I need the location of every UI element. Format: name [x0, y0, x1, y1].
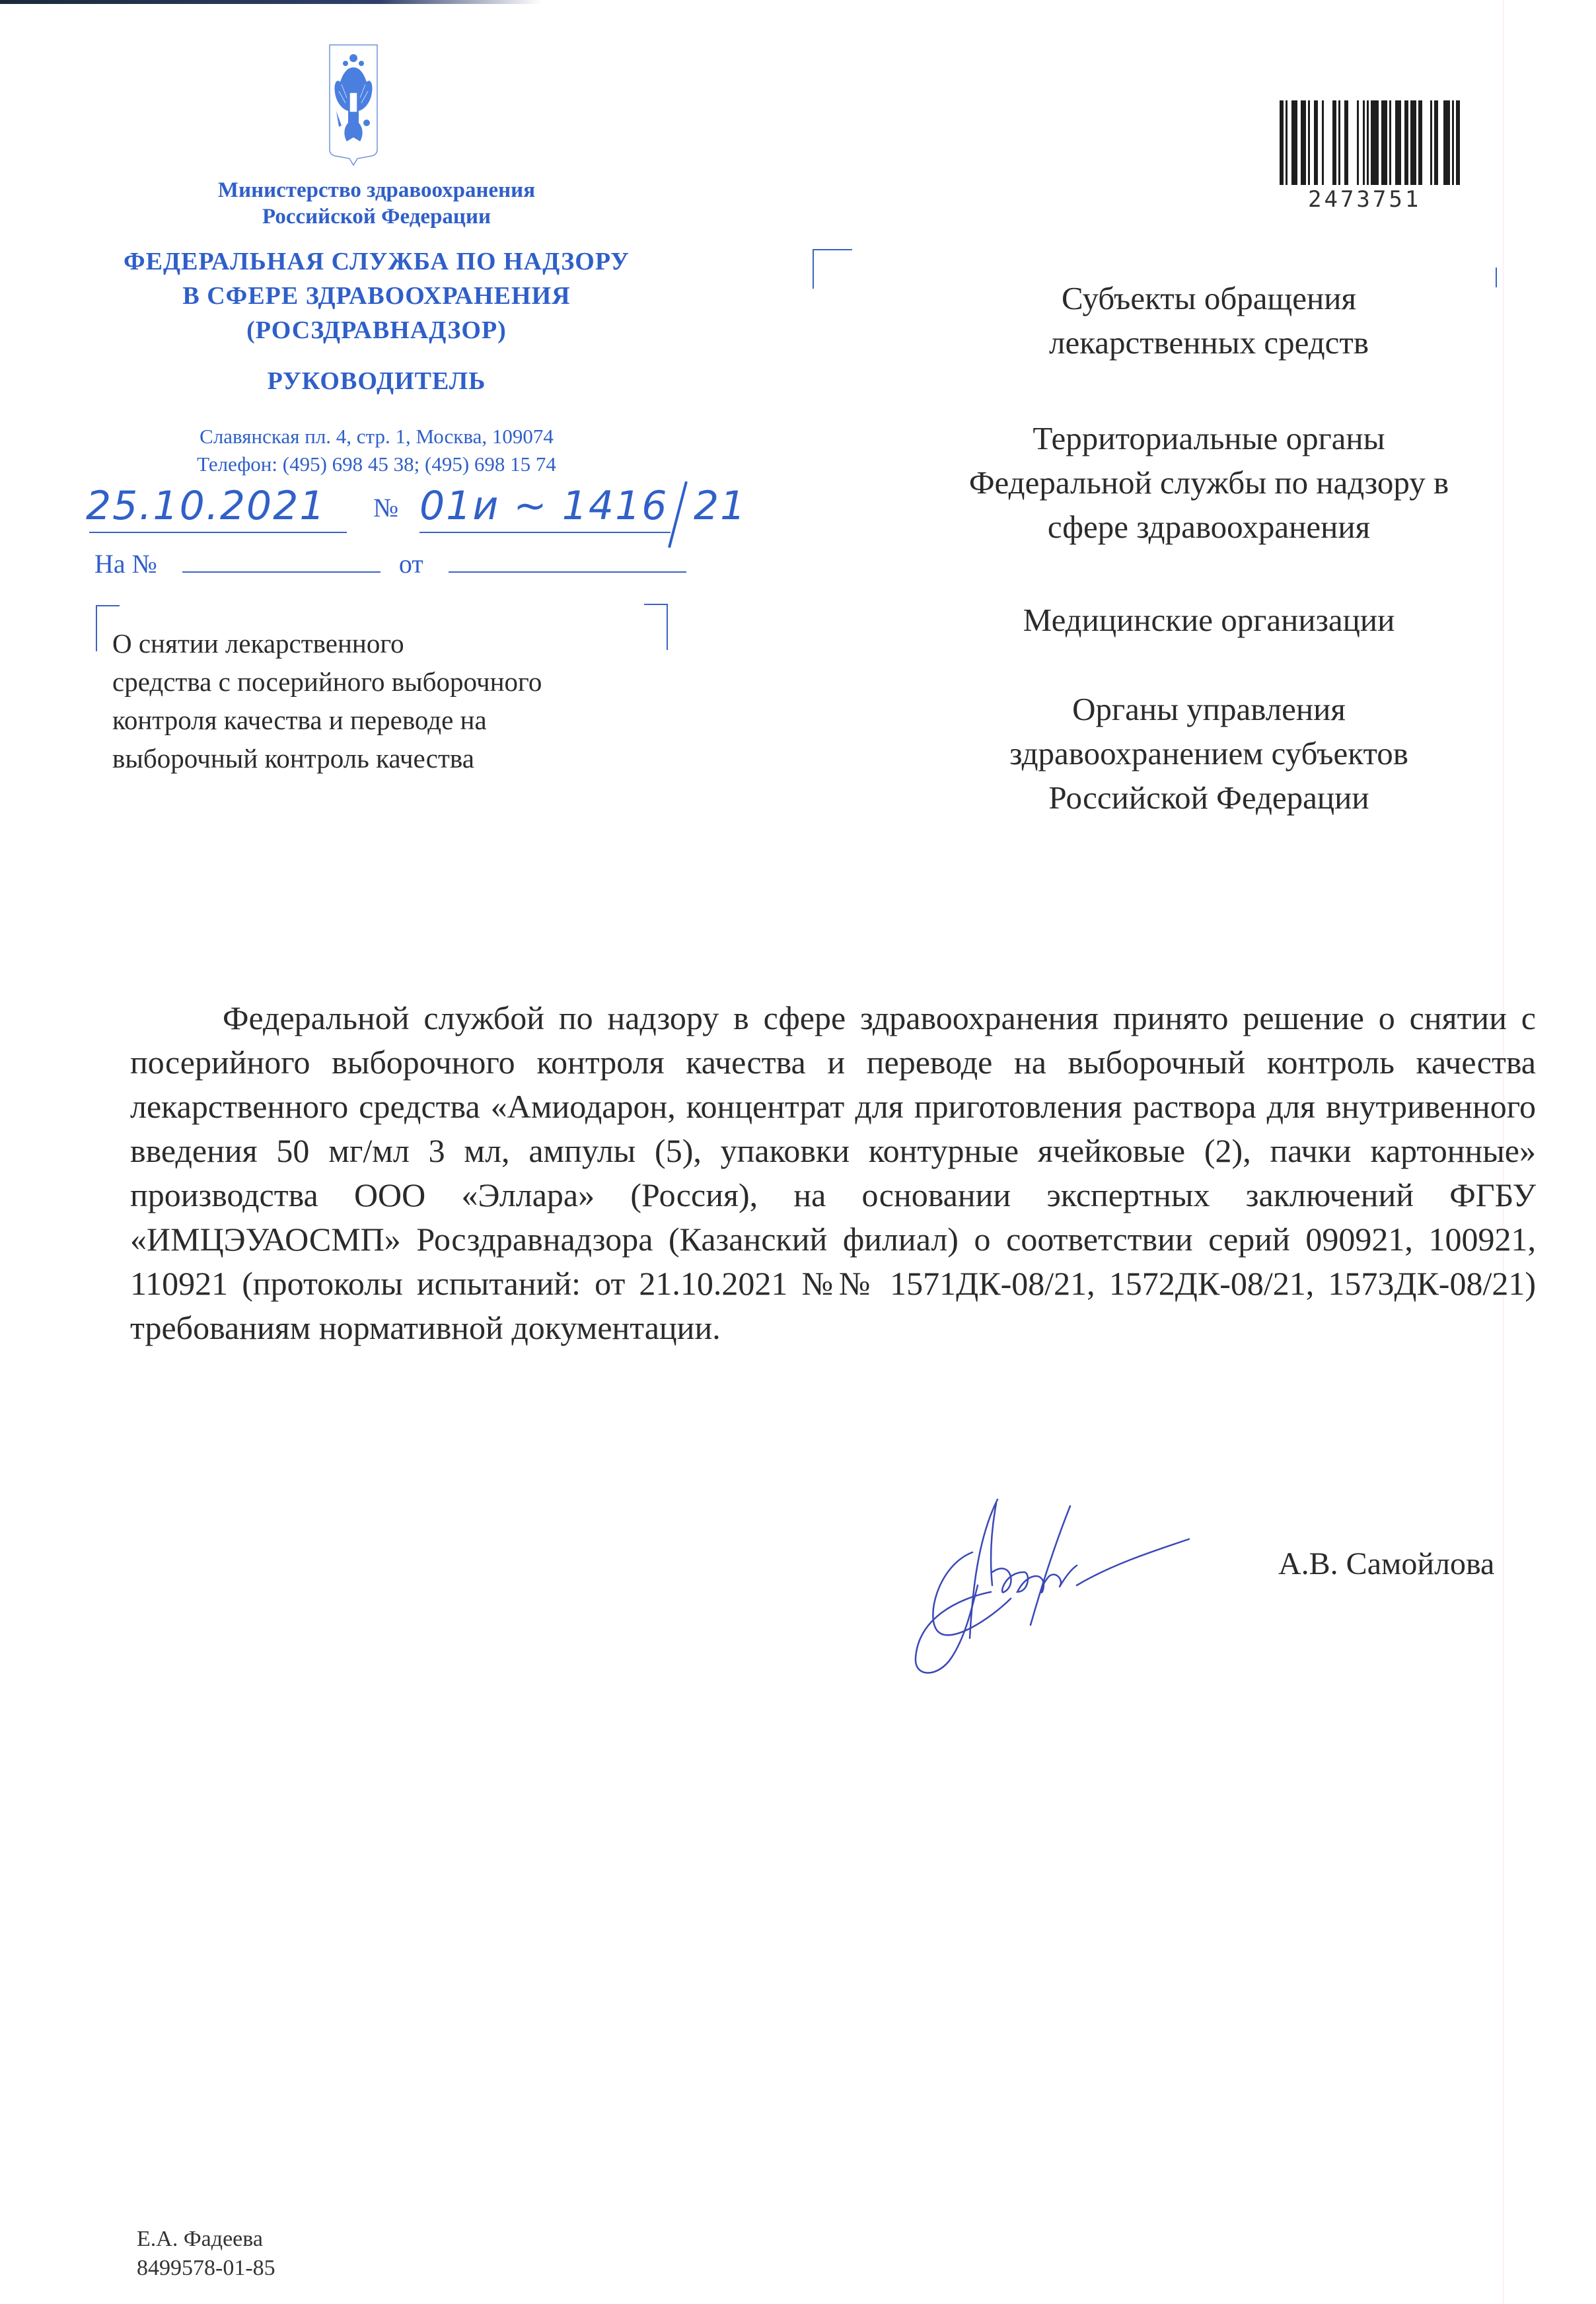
number-underline: [419, 532, 671, 533]
registration-number: 01и ~ 1416: [419, 483, 668, 529]
recipient-line: Медицинские организации: [912, 598, 1506, 642]
reply-reference-line: На № от: [94, 548, 686, 579]
reply-to-date-field: [449, 549, 686, 573]
address-bracket-left: [813, 249, 852, 289]
recipient-block: Субъекты обращения лекарственных средств: [912, 276, 1506, 365]
slash-stroke-icon: [664, 479, 690, 552]
number-sign: №: [373, 492, 398, 523]
agency-line-1: ФЕДЕРАЛЬНАЯ СЛУЖБА ПО НАДЗОРУ: [79, 244, 674, 279]
executor-phone: 8499578-01-85: [137, 2254, 275, 2283]
registration-date: 25.10.2021: [86, 483, 326, 529]
russian-coat-of-arms-icon: [317, 38, 390, 170]
ministry-name: Министерство здравоохранения Российской …: [79, 177, 674, 230]
recipient-line: Территориальные органы: [912, 416, 1506, 460]
ministry-line-2: Российской Федерации: [79, 203, 674, 230]
body-paragraph: Федеральной службой по надзору в сфере з…: [130, 996, 1536, 1350]
registration-number-suffix: 21: [694, 483, 746, 529]
address: Славянская пл. 4, стр. 1, Москва, 109074: [79, 423, 674, 450]
recipient-line: здравоохранением субъектов: [912, 731, 1506, 775]
subject-line: О снятии лекарственного: [112, 624, 707, 663]
recipient-block: Органы управления здравоохранением субъе…: [912, 687, 1506, 820]
agency-line-2: В СФЕРЕ ЗДРАВООХРАНЕНИЯ: [79, 279, 674, 313]
reply-to-number-field: [182, 549, 381, 573]
phone: Телефон: (495) 698 45 38; (495) 698 15 7…: [79, 450, 674, 478]
contact-block: Славянская пл. 4, стр. 1, Москва, 109074…: [79, 423, 674, 478]
handwritten-signature-icon: [912, 1486, 1308, 1684]
subject-line: выборочный контроль качества: [112, 739, 707, 777]
registration-line: 25.10.2021 № 01и ~ 1416 21: [83, 486, 763, 532]
date-underline: [89, 532, 347, 533]
barcode: [1280, 100, 1474, 185]
from-label: от: [399, 549, 423, 579]
letter-body: Федеральной службой по надзору в сфере з…: [130, 996, 1536, 1350]
signatory-name: А.В. Самойлова: [1278, 1546, 1494, 1582]
position-title: РУКОВОДИТЕЛЬ: [79, 367, 674, 396]
recipient-line: Российской Федерации: [912, 775, 1506, 820]
ministry-line-1: Министерство здравоохранения: [79, 177, 674, 203]
recipient-line: Субъекты обращения: [912, 276, 1506, 320]
recipient-block: Территориальные органы Федеральной служб…: [912, 416, 1506, 549]
subject-line: средства с посерийного выборочного: [112, 663, 707, 701]
reply-to-label: На №: [94, 549, 157, 579]
recipient-line: лекарственных средств: [912, 320, 1506, 365]
scan-edge-artifact: [0, 0, 542, 4]
recipient-line: Федеральной службы по надзору в: [912, 460, 1506, 505]
agency-line-3: (РОСЗДРАВНАДЗОР): [79, 313, 674, 347]
recipient-line: Органы управления: [912, 687, 1506, 731]
recipient-line: сфере здравоохранения: [912, 505, 1506, 549]
subject-block: О снятии лекарственного средства с посер…: [112, 624, 707, 777]
agency-name: ФЕДЕРАЛЬНАЯ СЛУЖБА ПО НАДЗОРУ В СФЕРЕ ЗД…: [79, 244, 674, 347]
recipient-block: Медицинские организации: [912, 598, 1506, 642]
executor-name: Е.А. Фадеева: [137, 2225, 275, 2254]
barcode-number: 2473751: [1308, 186, 1421, 213]
subject-line: контроля качества и переводе на: [112, 701, 707, 739]
executor-block: Е.А. Фадеева 8499578-01-85: [137, 2225, 275, 2283]
